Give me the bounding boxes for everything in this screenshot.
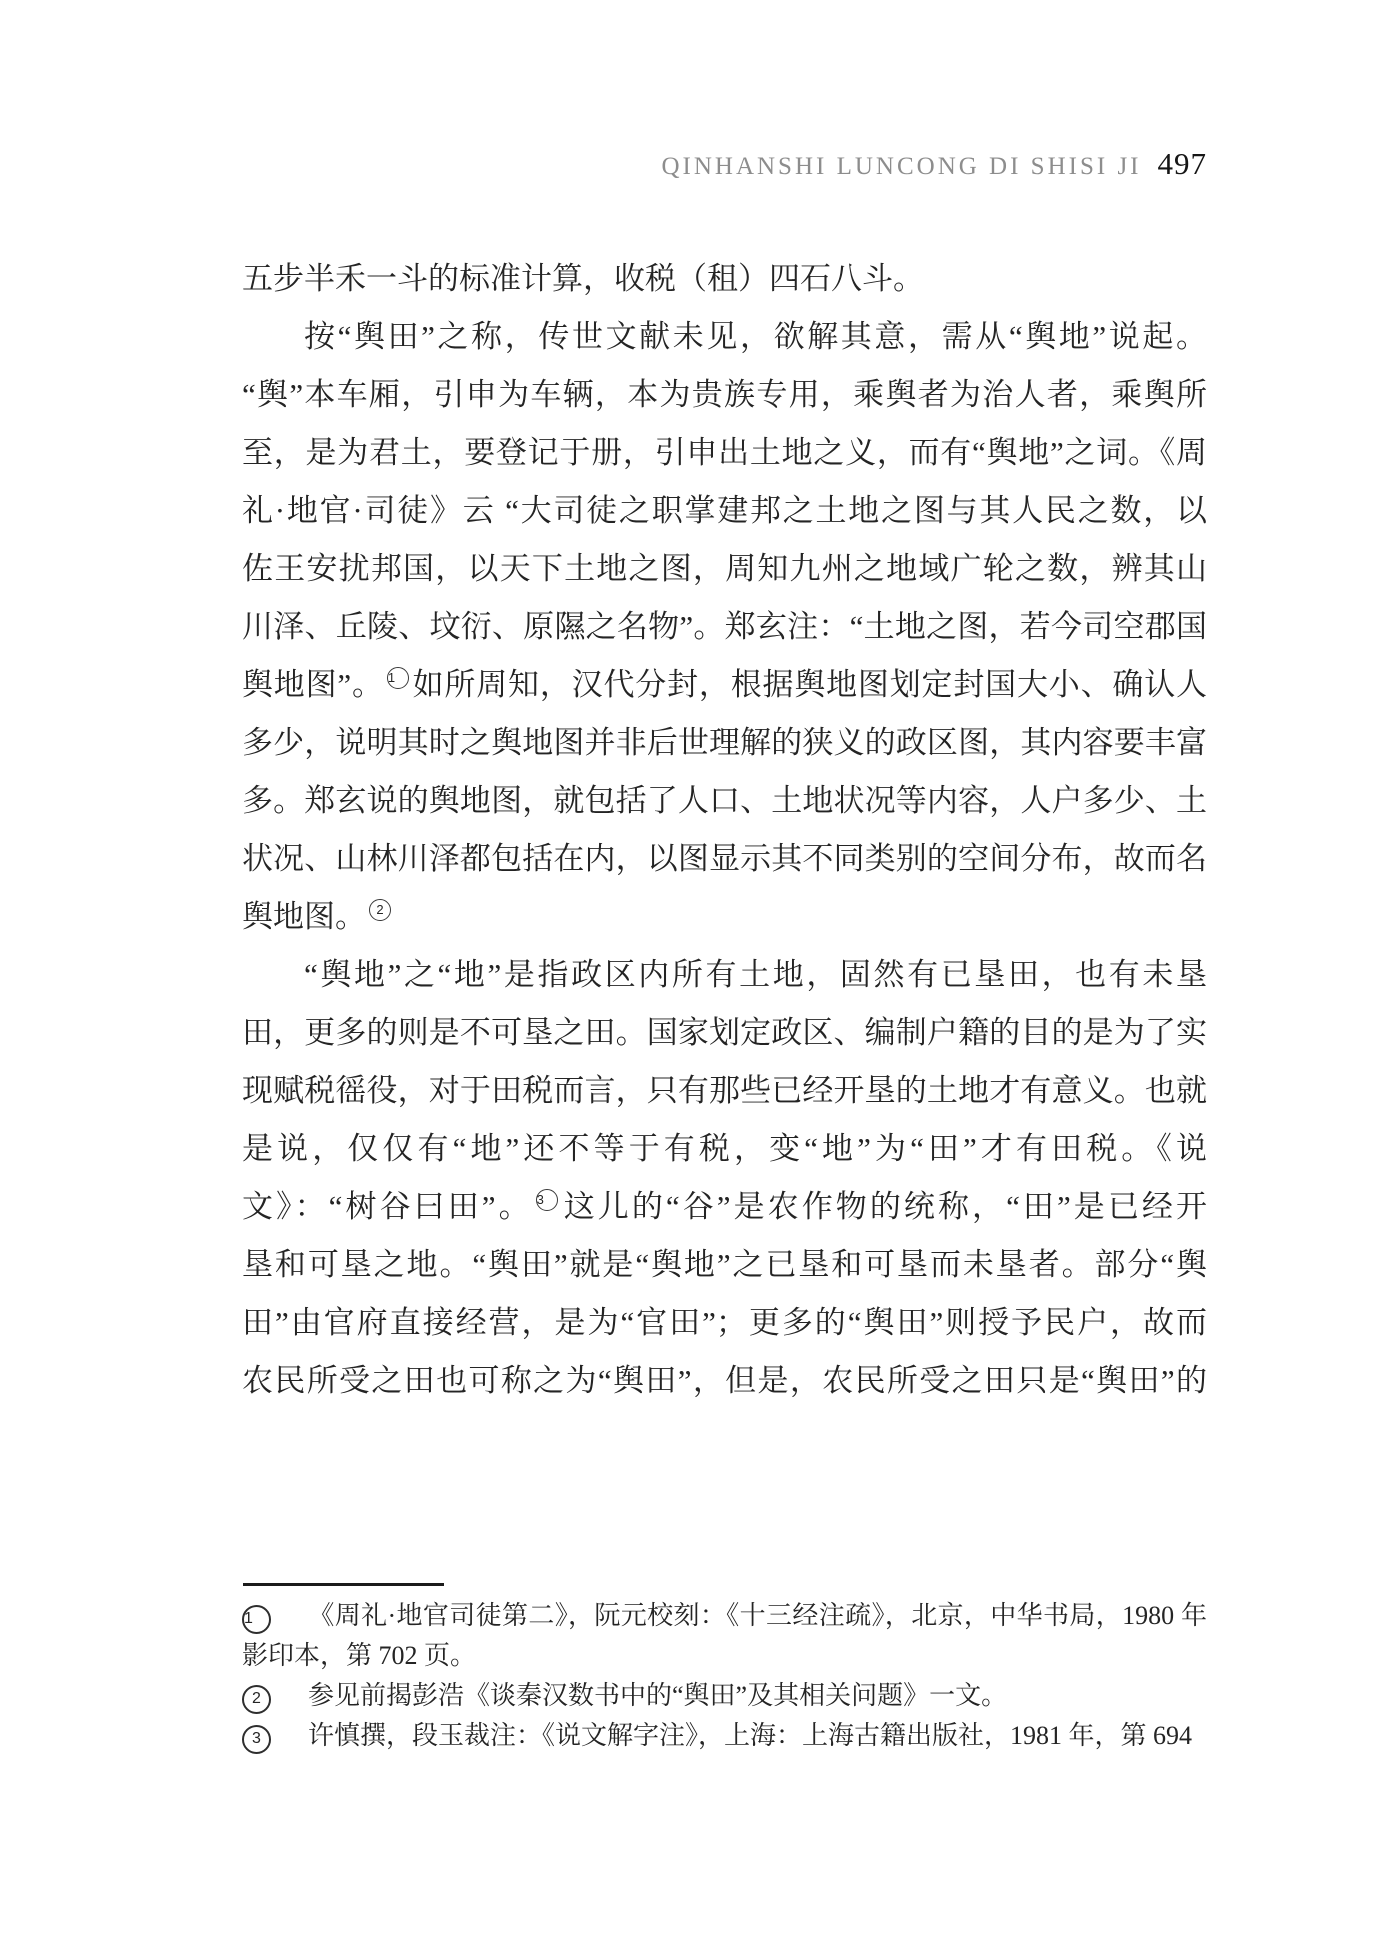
body-line: 多。郑玄说的舆地图，就包括了人口、土地状况等内容，人户多少、土地 [242,772,1207,830]
footnote-marker: 2 [242,1676,308,1716]
body-line: 状况、山林川泽都包括在内，以图显示其不同类别的空间分布，故而名为 [242,830,1207,888]
body-line: 至，是为君土，要登记于册，引申出土地之义，而有“舆地”之词。《周 [242,424,1207,482]
body-line: 舆地图”。1如所周知，汉代分封，根据舆地图划定封国大小、确认人户 [242,656,1207,714]
footnote-marker: 3 [242,1716,308,1756]
footnote-ref-icon: 2 [369,899,391,921]
book-page: QINHANSHI LUNCONG DI SHISI JI 497 五步半禾一斗… [0,0,1386,1938]
body-line: 礼·地官·司徒》云 “大司徒之职掌建邦之土地之图与其人民之数，以 [242,482,1207,540]
running-title: QINHANSHI LUNCONG DI SHISI JI [661,153,1141,181]
body-line: “舆”本车厢，引申为车辆，本为贵族专用，乘舆者为治人者，乘舆所 [242,366,1207,424]
body-line: 农民所受之田也可称之为“舆田”，但是，农民所受之田只是“舆田”的 [242,1352,1207,1410]
body-line: 佐王安扰邦国，以天下土地之图，周知九州之地域广轮之数，辨其山林、 [242,540,1207,598]
footnote-marker: 1 [242,1596,308,1636]
body-line: 是说，仅仅有“地”还不等于有税，变“地”为“田”才有田税。《说 [242,1120,1207,1178]
body-line: 按“舆田”之称，传世文献未见，欲解其意，需从“舆地”说起。 [242,308,1207,366]
body-line: 多少，说明其时之舆地图并非后世理解的狭义的政区图，其内容要丰富得 [242,714,1207,772]
footnote-ref-icon: 3 [536,1189,558,1211]
body-line: 垦和可垦之地。“舆田”就是“舆地”之已垦和可垦而未垦者。部分“舆 [242,1236,1207,1294]
body-line: 现赋税徭役，对于田税而言，只有那些已经开垦的土地才有意义。也就 [242,1062,1207,1120]
footnote-line: 影印本，第 702 页。 [242,1636,1207,1676]
footnote-line: 1《周礼·地官司徒第二》，阮元校刻：《十三经注疏》，北京，中华书局，1980 年 [242,1596,1207,1636]
body-line: 文》：“树谷曰田”。3这儿的“谷”是农作物的统称，“田”是已经开 [242,1178,1207,1236]
body-text: 五步半禾一斗的标准计算，收税（租）四石八斗。按“舆田”之称，传世文献未见，欲解其… [242,250,1207,1410]
body-line: 五步半禾一斗的标准计算，收税（租）四石八斗。 [242,250,1207,308]
footnote-separator [243,1583,444,1586]
footnote-ref-icon: 1 [387,667,409,689]
footnotes: 1《周礼·地官司徒第二》，阮元校刻：《十三经注疏》，北京，中华书局，1980 年… [242,1596,1207,1756]
page-header: QINHANSHI LUNCONG DI SHISI JI 497 [661,146,1207,182]
body-line: 田，更多的则是不可垦之田。国家划定政区、编制户籍的目的是为了实 [242,1004,1207,1062]
body-line: 川泽、丘陵、坟衍、原隰之名物”。郑玄注：“土地之图，若今司空郡国 [242,598,1207,656]
page-number: 497 [1158,146,1208,182]
footnote-line: 3许慎撰，段玉裁注：《说文解字注》，上海：上海古籍出版社，1981 年，第 69… [242,1716,1207,1756]
body-line: 田”由官府直接经营，是为“官田”；更多的“舆田”则授予民户，故而 [242,1294,1207,1352]
footnote-line: 2参见前揭彭浩《谈秦汉数书中的“舆田”及其相关问题》一文。 [242,1676,1207,1716]
body-line: “舆地”之“地”是指政区内所有土地，固然有已垦田，也有未垦 [242,946,1207,1004]
body-line: 舆地图。2 [242,888,1207,946]
